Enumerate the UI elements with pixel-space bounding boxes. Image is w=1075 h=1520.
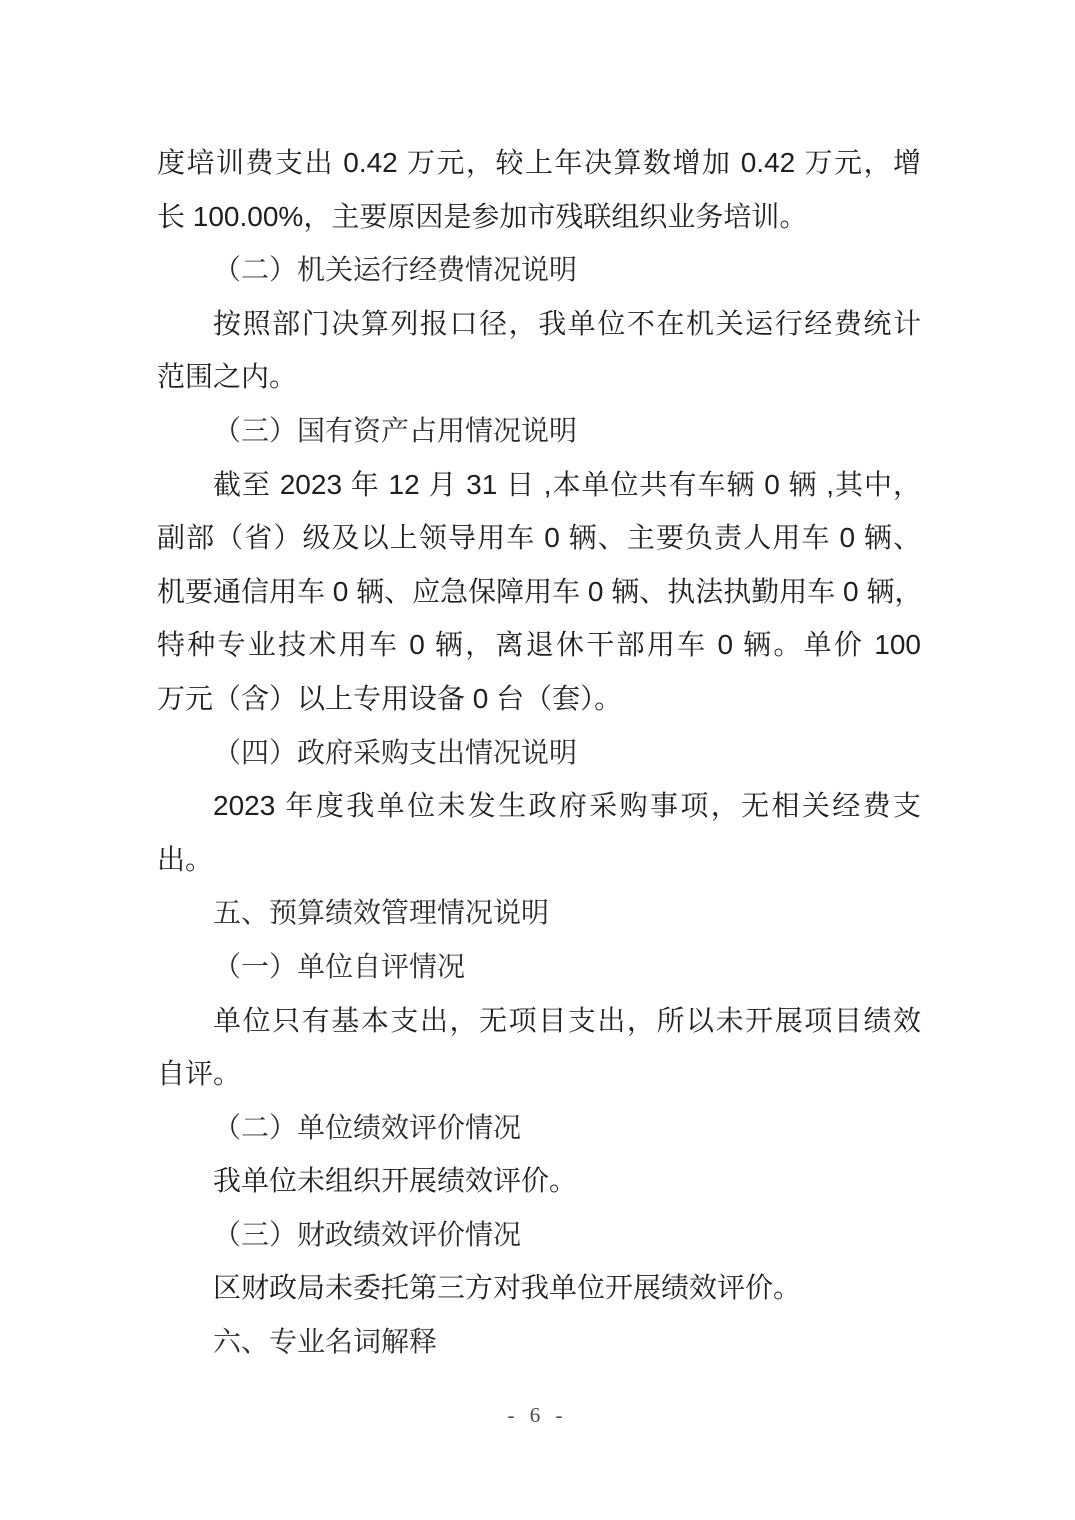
heading-section-ii: （二）机关运行经费情况说明 [157, 243, 921, 297]
heading-sub-ii: （二）单位绩效评价情况 [157, 1101, 921, 1155]
body-text-line: 单位只有基本支出，无项目支出，所以未开展项目绩效 [157, 994, 921, 1048]
page-number: - 6 - [508, 1403, 568, 1427]
body-text-line: 范围之内。 [157, 350, 921, 404]
body-text-line: 机要通信用车 0 辆、应急保障用车 0 辆、执法执勤用车 0 辆， [157, 565, 921, 619]
heading-chapter-vi: 六、专业名词解释 [157, 1315, 921, 1369]
document-body: 度培训费支出 0.42 万元，较上年决算数增加 0.42 万元，增 长 100.… [157, 136, 921, 1369]
body-text-line: 出。 [157, 833, 921, 887]
body-text-line: 我单位未组织开展绩效评价。 [157, 1154, 921, 1208]
page-footer: - 6 - [0, 1403, 1075, 1428]
body-text-line: 区财政局未委托第三方对我单位开展绩效评价。 [157, 1261, 921, 1315]
heading-sub-i: （一）单位自评情况 [157, 940, 921, 994]
body-text-line: 万元（含）以上专用设备 0 台（套）。 [157, 672, 921, 726]
body-text-line: 特种专业技术用车 0 辆，离退休干部用车 0 辆。单价 100 [157, 618, 921, 672]
heading-section-iii: （三）国有资产占用情况说明 [157, 404, 921, 458]
heading-chapter-v: 五、预算绩效管理情况说明 [157, 886, 921, 940]
body-text-line: 副部（省）级及以上领导用车 0 辆、主要负责人用车 0 辆、 [157, 511, 921, 565]
body-text-line: 长 100.00%，主要原因是参加市残联组织业务培训。 [157, 190, 921, 244]
body-text-line: 度培训费支出 0.42 万元，较上年决算数增加 0.42 万元，增 [157, 136, 921, 190]
document-page: 度培训费支出 0.42 万元，较上年决算数增加 0.42 万元，增 长 100.… [0, 0, 1075, 1520]
body-text-line: 截至 2023 年 12 月 31 日 ,本单位共有车辆 0 辆 ,其中， [157, 458, 921, 512]
heading-sub-iii: （三）财政绩效评价情况 [157, 1208, 921, 1262]
body-text-line: 2023 年度我单位未发生政府采购事项，无相关经费支 [157, 779, 921, 833]
body-text-line: 自评。 [157, 1047, 921, 1101]
heading-section-iv: （四）政府采购支出情况说明 [157, 726, 921, 780]
body-text-line: 按照部门决算列报口径，我单位不在机关运行经费统计 [157, 297, 921, 351]
